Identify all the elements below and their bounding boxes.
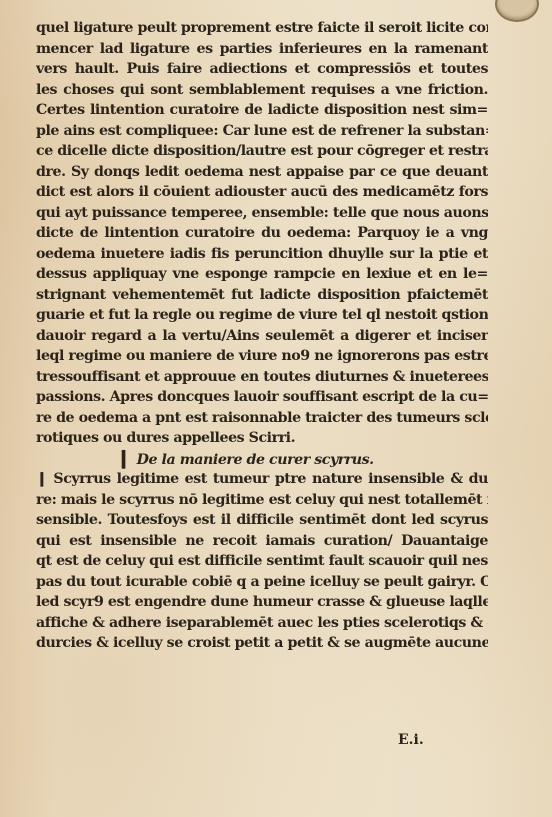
text-line: durcies & icelluy se croist petit a peti… bbox=[36, 633, 488, 654]
text-line: ❙ Scyrrus legitime est tumeur ptre natur… bbox=[36, 469, 488, 490]
text-line: mencer lad ligature es parties inferieur… bbox=[36, 39, 488, 60]
text-line: qt est de celuy qui est difficile sentim… bbox=[36, 551, 488, 572]
text-line: dauoir regard a la vertu/Ains seulemēt a… bbox=[36, 326, 488, 347]
text-line: re de oedema a pnt est raisonnable traic… bbox=[36, 408, 488, 429]
text-line: re: mais le scyrrus nō legitime est celu… bbox=[36, 490, 488, 511]
text-line: strignant vehementemēt fut ladicte dispo… bbox=[36, 285, 488, 306]
text-line: dict est alors il cōuient adiouster aucū… bbox=[36, 182, 488, 203]
section-heading: ❙De la maniere de curer scyrrus. bbox=[36, 449, 488, 470]
text-line: oedema inuetere iadis fis peruncition dh… bbox=[36, 244, 488, 265]
text-line: rotiques ou dures appellees Scirri. bbox=[36, 428, 488, 449]
text-line: ple ains est compliquee: Car lune est de… bbox=[36, 121, 488, 142]
heading-text: De la maniere de curer scyrrus. bbox=[137, 452, 374, 468]
text-line: Certes lintention curatoire de ladicte d… bbox=[36, 100, 488, 121]
text-line: qui ayt puissance temperee, ensemble: te… bbox=[36, 203, 488, 224]
text-block: quel ligature peult proprement estre fai… bbox=[36, 18, 488, 654]
signature-mark: E.i. bbox=[398, 732, 424, 748]
text-line: guarie et fut la regle ou regime de viur… bbox=[36, 305, 488, 326]
manuscript-page: quel ligature peult proprement estre fai… bbox=[0, 0, 552, 817]
pilcrow-icon: ❙ bbox=[116, 449, 131, 470]
text-line: dessus appliquay vne esponge rampcie en … bbox=[36, 264, 488, 285]
paper-hole bbox=[495, 0, 539, 22]
text-line: dre. Sy donqs ledit oedema nest appaise … bbox=[36, 162, 488, 183]
text-line: dicte de lintention curatoire du oedema:… bbox=[36, 223, 488, 244]
text-line: vers hault. Puis faire adiections et com… bbox=[36, 59, 488, 80]
text-line: pas du tout icurable cobiē q a peine ice… bbox=[36, 572, 488, 593]
text-line: tressouffisant et approuue en toutes diu… bbox=[36, 367, 488, 388]
text-line: ce dicelle dicte disposition/lautre est … bbox=[36, 141, 488, 162]
text-line: affiche & adhere iseparablemēt auec les … bbox=[36, 613, 488, 634]
text-line: sensible. Toutesfoys est il difficile se… bbox=[36, 510, 488, 531]
text-line: leql regime ou maniere de viure no9 ne i… bbox=[36, 346, 488, 367]
text-line: qui est insensible ne recoit iamais cura… bbox=[36, 531, 488, 552]
text-line: les choses qui sont semblablement requis… bbox=[36, 80, 488, 101]
text-line: passions. Apres doncques lauoir souffisa… bbox=[36, 387, 488, 408]
text-line: led scyr9 est engendre dune humeur crass… bbox=[36, 592, 488, 613]
text-line: quel ligature peult proprement estre fai… bbox=[36, 18, 488, 39]
